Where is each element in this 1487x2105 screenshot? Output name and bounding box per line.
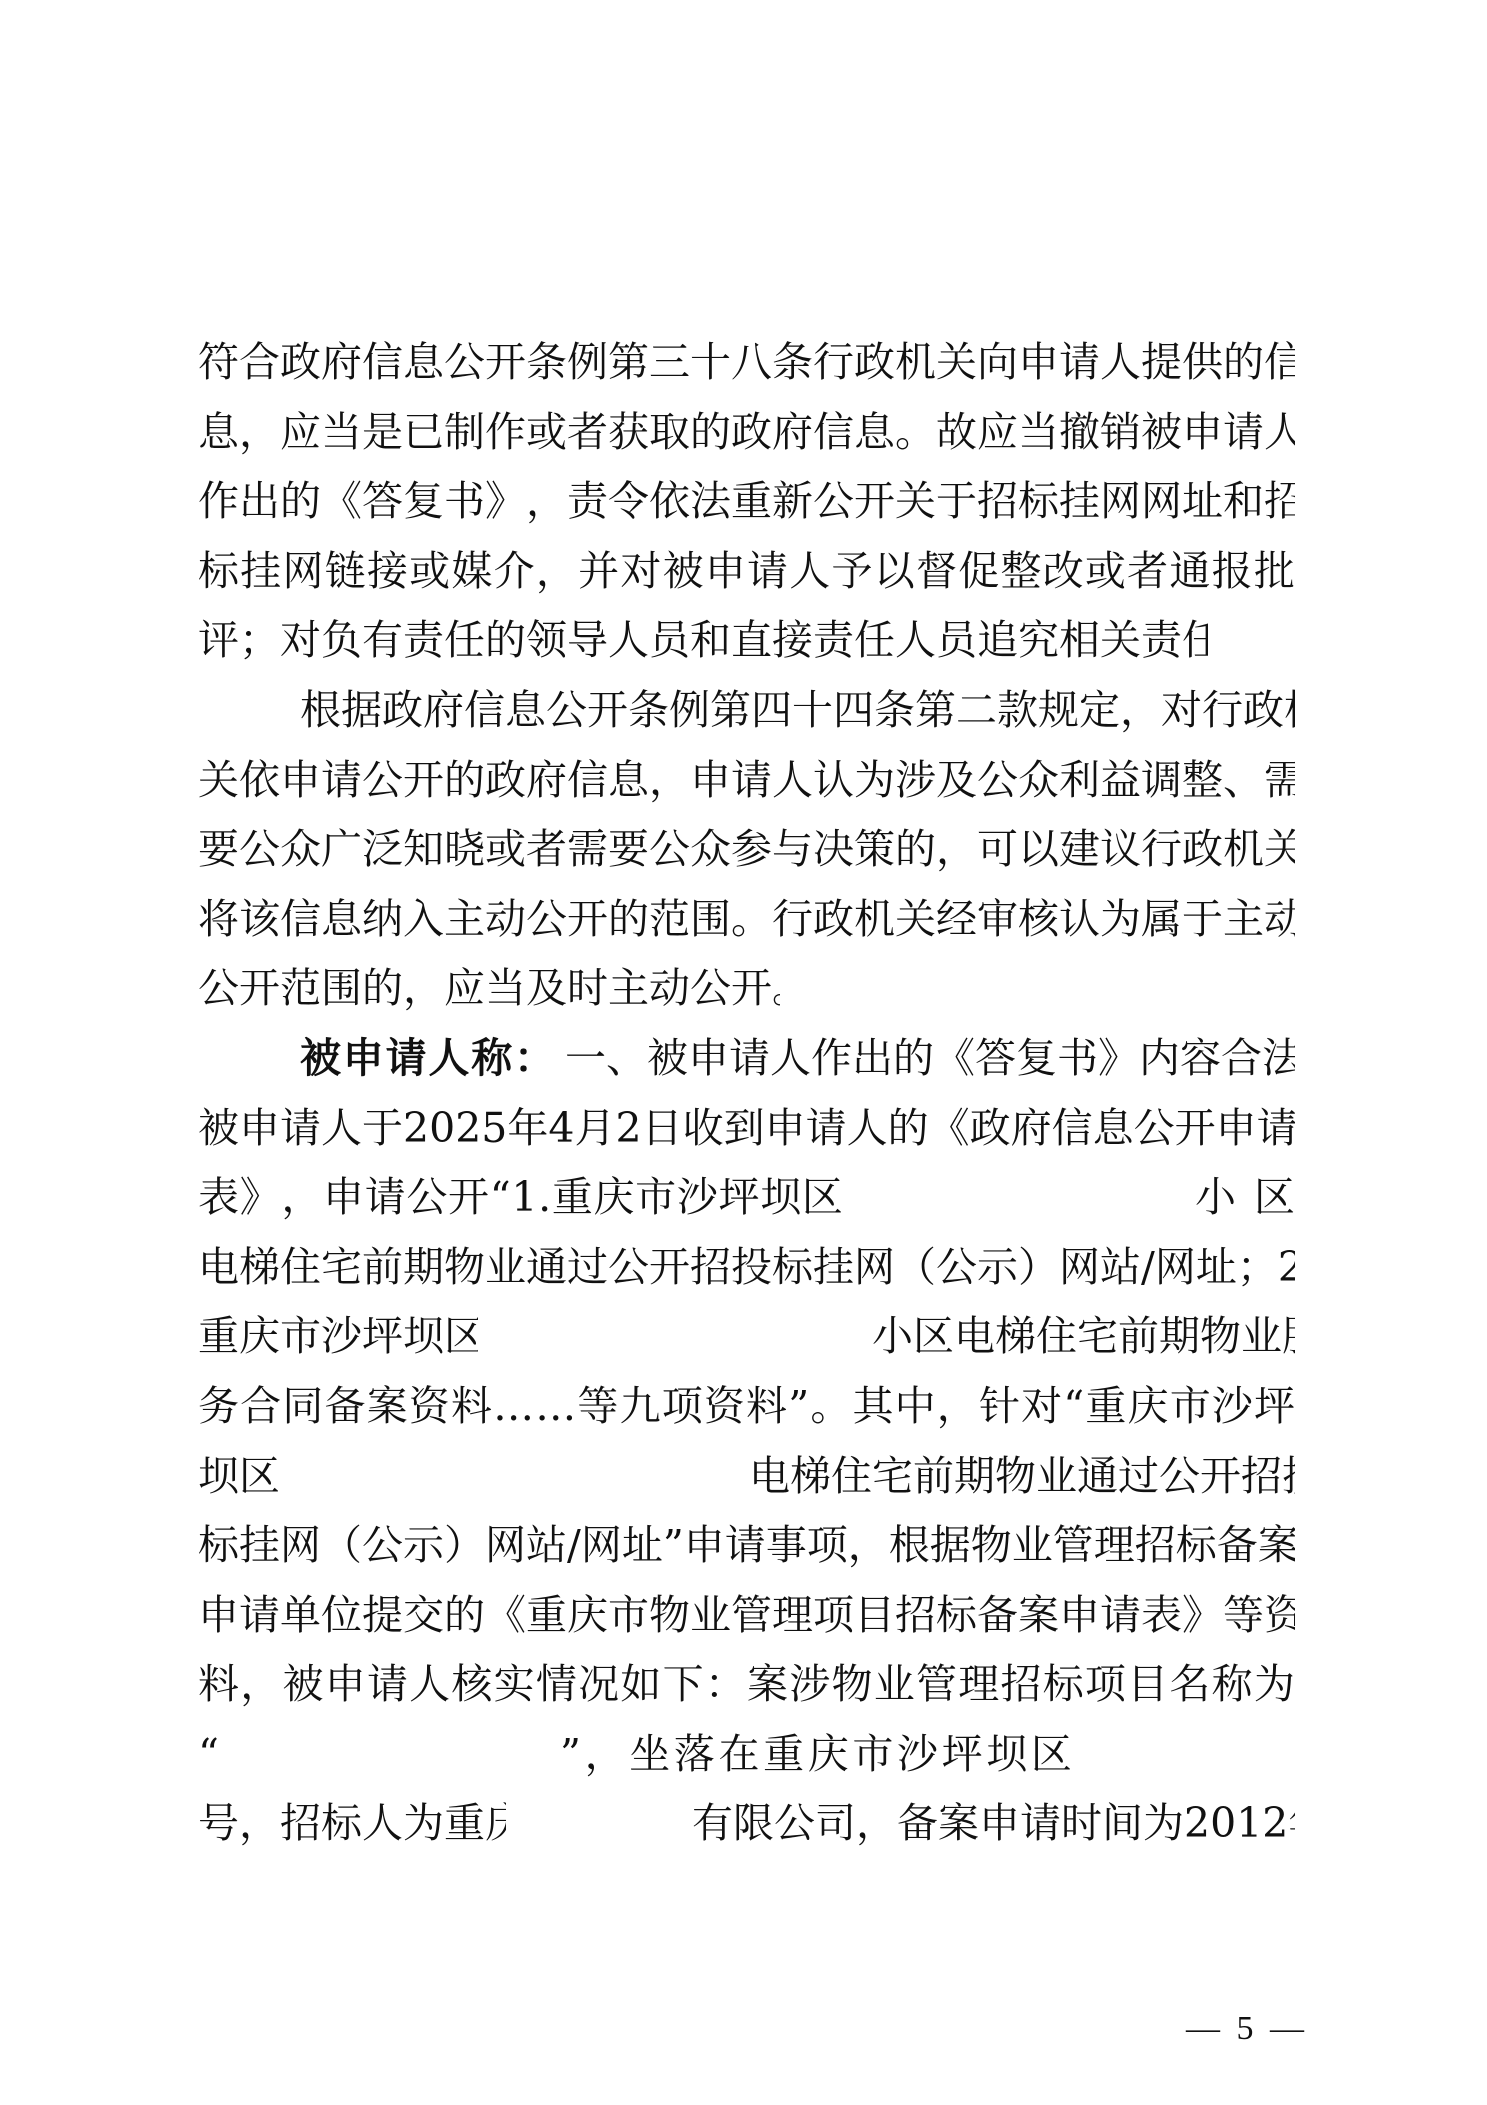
glyph: 动 [485,885,526,955]
glyph: 定 [1079,676,1120,746]
glyph: 请 [280,1094,321,1164]
glyph: 应 [444,954,485,1024]
glyph: 行 [1141,815,1182,885]
glyph: 区 [1031,1720,1072,1790]
glyph: 。 [810,1372,851,1442]
glyph: 坝 [403,1302,444,1372]
glyph: 挂 [813,1233,854,1303]
glyph: 沙 [1212,1372,1253,1442]
glyph: 众 [1018,746,1059,816]
glyph: 人 [772,746,813,816]
glyph: 网 [581,1511,622,1581]
glyph: 人 [362,1789,403,1859]
glyph: 责 [1141,606,1182,676]
glyph: ， [1120,676,1161,746]
glyph: 需 [1264,746,1295,816]
glyph: 与 [772,815,813,885]
glyph: 开 [587,676,628,746]
glyph: 挂 [239,1511,280,1581]
glyph: 标 [198,1511,239,1581]
glyph: / [567,1511,581,1581]
glyph: 公 [649,815,690,885]
glyph: 通 [1077,1442,1118,1512]
glyph: 公 [362,746,403,816]
glyph: 示 [403,1511,444,1581]
text-segment: 符合政府信息公开条例第三十八条行政机关向申请人提供的信 [198,328,1295,398]
glyph: 条 [526,328,567,398]
glyph: 于 [362,1094,403,1164]
glyph: 重 [763,1720,804,1790]
glyph: 整 [1182,746,1223,816]
glyph: 信 [813,398,854,468]
text-segment: 务合同备案资料……等九项资料”。其中，针对“重庆市沙坪 [198,1372,1295,1442]
glyph: 申 [688,1024,729,1094]
glyph: 被 [282,1650,323,1720]
glyph: 单 [280,1581,321,1651]
glyph: 府 [772,398,813,468]
glyph: 介 [494,537,535,607]
glyph: 人 [428,1024,469,1094]
glyph: … [493,1372,534,1442]
glyph: 公 [774,1789,815,1859]
glyph: 实 [494,1650,535,1720]
glyph: 开 [1200,1442,1241,1512]
glyph: 表 [198,1163,239,1233]
glyph: 标 [1018,467,1059,537]
glyph: 物 [971,1511,1012,1581]
glyph: 被 [647,1024,688,1094]
glyph: 物 [995,1442,1036,1512]
glyph: 申 [690,746,731,816]
glyph: 案 [1258,1511,1295,1581]
glyph: 庆 [808,1720,849,1790]
glyph: “ [1063,1372,1084,1442]
document-page: 符合政府信息公开条例第三十八条行政机关向申请人提供的信 息，应当是已制作或者获取… [0,0,1487,2105]
glyph: 根 [889,1511,930,1581]
glyph: 区 [444,1302,478,1372]
glyph: 围 [690,885,731,955]
glyph: 申 [1059,1581,1100,1651]
glyph: 标 [936,1581,977,1651]
glyph: 改 [1043,537,1084,607]
glyph: 关 [895,885,936,955]
glyph: 过 [567,1233,608,1303]
glyph: 员 [936,606,977,676]
text-segment: 小区电梯住宅前期物业服 [872,1302,1295,1372]
glyph: 坪 [942,1720,983,1790]
text-segment: 号，招标人为重庆 [198,1789,506,1859]
glyph: ” [560,1720,581,1790]
glyph: 务 [198,1372,239,1442]
glyph: 开 [567,885,608,955]
glyph: （ [321,1511,362,1581]
glyph: 策 [854,815,895,885]
glyph: 开 [649,1233,690,1303]
glyph: 和 [1223,467,1264,537]
glyph: 人 [1264,398,1295,468]
glyph: ” [788,1372,809,1442]
glyph: 十 [690,328,731,398]
glyph: 机 [895,328,936,398]
glyph: ） [444,1511,485,1581]
glyph: 提 [362,1581,403,1651]
glyph: 物 [1200,1302,1241,1372]
glyph: 重 [1085,1372,1126,1442]
glyph: 晓 [444,815,485,885]
glyph: 庆 [239,1302,280,1372]
glyph: 位 [321,1581,362,1651]
glyph: 第 [710,676,751,746]
glyph: 符 [198,328,239,398]
glyph: 政 [382,676,423,746]
text-segment: 坝区 [198,1442,278,1512]
text-segment: 作出的《答复书》，责令依法重新公开关于招标挂网网址和招 [198,467,1295,537]
glyph: 管 [916,1650,957,1720]
glyph: 电 [198,1233,239,1303]
glyph: 对 [1161,676,1202,746]
glyph: ， [536,537,577,607]
glyph: 资 [1264,1581,1295,1651]
glyph: 书 [444,467,485,537]
glyph: 者 [526,815,567,885]
glyph: 合 [240,1372,281,1442]
glyph: 人 [770,1024,811,1094]
glyph: 例 [669,676,710,746]
glyph: 法 [690,467,731,537]
glyph: 资 [704,1372,745,1442]
glyph: 公 [526,885,567,955]
glyph: 公 [444,328,485,398]
text-line: 标挂网链接或媒介，并对被申请人予以督促整改或者通报批 [198,537,1295,607]
glyph: 业 [1012,1511,1053,1581]
glyph: 息 [198,398,239,468]
glyph: 备 [1217,1511,1258,1581]
glyph: 或 [485,815,526,885]
glyph: 负 [321,606,362,676]
glyph: 称 [1212,1650,1253,1720]
glyph: ” [663,1511,684,1581]
glyph: 标 [1176,1511,1217,1581]
glyph: 通 [526,1233,567,1303]
glyph: 示 [977,1233,1018,1303]
glyph: 4 [548,1094,574,1164]
glyph: 信 [280,885,321,955]
glyph: 例 [567,328,608,398]
glyph: 接 [772,606,813,676]
glyph: . [538,1163,551,1233]
glyph: ， [403,954,444,1024]
glyph: 撤 [1059,398,1100,468]
glyph: ， [848,1511,889,1581]
glyph: 的 [888,1094,929,1164]
glyph: 的 [444,1581,485,1651]
glyph: 开 [239,954,280,1024]
glyph: 督 [916,537,957,607]
text-segment: 一、被申请人作出的《答复书》内容合法。 [565,1024,1295,1094]
text-segment: 有限公司，备案申请时间为2012年 [692,1789,1295,1859]
body-text: 符合政府信息公开条例第三十八条行政机关向申请人提供的信 息，应当是已制作或者获取… [198,328,1295,1859]
glyph: 新 [772,467,813,537]
glyph: 区 [802,1163,843,1233]
glyph: 区 [913,1302,954,1372]
glyph: 和 [690,606,731,676]
glyph: 网 [1059,1233,1100,1303]
glyph: 落 [674,1720,715,1790]
glyph: 限 [733,1789,774,1859]
glyph: 获 [608,398,649,468]
glyph: 针 [979,1372,1020,1442]
glyph: 范 [649,885,690,955]
glyph: 作 [198,467,239,537]
glyph: 如 [620,1650,661,1720]
glyph: （ [895,1233,936,1303]
text-line: 将该信息纳入主动公开的范围。行政机关经审核认为属于主动 [198,885,1295,955]
glyph: 依 [239,746,280,816]
glyph: 市 [852,1720,893,1790]
glyph: 需 [567,815,608,885]
glyph: “ [490,1163,511,1233]
glyph: 重 [552,1163,593,1233]
glyph: 涉 [895,746,936,816]
glyph: 向 [977,328,1018,398]
glyph: 条 [874,676,915,746]
glyph: ， [240,1650,281,1720]
text-segment: 小区 [1195,1163,1295,1233]
glyph: 《 [934,1024,975,1094]
glyph: 应 [977,398,1018,468]
glyph: 政 [970,1094,1011,1164]
glyph: 合 [1221,1024,1262,1094]
glyph: 项 [662,1372,703,1442]
glyph: 息 [1093,1094,1134,1164]
glyph: 目 [1127,1650,1168,1720]
glyph: 依 [649,467,690,537]
glyph: 为 [1143,1789,1184,1859]
glyph: 管 [1053,1511,1094,1581]
page-number: — 5 — [1186,2010,1308,2048]
glyph: 行 [813,328,854,398]
glyph: 等 [1223,1581,1264,1651]
glyph: 三 [649,328,690,398]
glyph: 请 [747,537,788,607]
glyph: 条 [772,328,813,398]
glyph: 主 [444,885,485,955]
glyph: 市 [635,1163,676,1233]
glyph: 将 [198,885,239,955]
glyph: 庆 [567,1581,608,1651]
glyph: 称 [471,1024,512,1094]
glyph: 取 [649,398,690,468]
glyph: 案 [938,1789,979,1859]
glyph: 申 [1216,1094,1257,1164]
glyph: 《 [485,1581,526,1651]
glyph: 四 [751,676,792,746]
glyph: 人 [608,606,649,676]
glyph: 当 [321,398,362,468]
glyph: 标 [772,1233,813,1303]
glyph: 开 [485,328,526,398]
glyph: 时 [1061,1789,1102,1859]
glyph: 请 [806,1094,847,1164]
glyph: 《 [929,1094,970,1164]
glyph: 要 [198,815,239,885]
glyph: 址 [1182,467,1223,537]
glyph: 招 [1000,1650,1041,1720]
glyph: 府 [526,746,567,816]
glyph: 任 [1182,606,1208,676]
glyph: 人 [847,1094,888,1164]
glyph: 益 [1100,746,1141,816]
glyph: 公 [239,815,280,885]
glyph: 议 [1100,815,1141,885]
glyph: 决 [813,815,854,885]
glyph: 年 [1288,1789,1295,1859]
glyph: 料 [746,1372,787,1442]
glyph: 坐 [629,1720,670,1790]
text-segment: 息，应当是已制作或者获取的政府信息。故应当撤销被申请人 [198,398,1295,468]
glyph: 涉 [789,1650,830,1720]
glyph: 请 [1223,398,1264,468]
glyph: 利 [1059,746,1100,816]
glyph: 据 [930,1511,971,1581]
glyph: 重 [526,1581,567,1651]
glyph: 公 [690,954,731,1024]
glyph: 宅 [1077,1302,1118,1372]
glyph: 范 [280,954,321,1024]
glyph: 据 [341,676,382,746]
glyph: 请 [386,1024,427,1094]
glyph: 申 [280,746,321,816]
glyph: 员 [649,606,690,676]
glyph: 的 [608,885,649,955]
glyph: 网 [282,537,323,607]
glyph: 号 [198,1789,239,1859]
glyph: 政 [280,328,321,398]
glyph: 信 [464,676,505,746]
glyph: 收 [683,1094,724,1164]
glyph: 报 [1212,537,1253,607]
glyph: 究 [1018,606,1059,676]
glyph: 重 [444,1789,485,1859]
glyph: 网 [1141,467,1182,537]
text-segment: 表》，申请公开“1.重庆市沙坪坝区 [198,1163,843,1233]
lead-line: 被申请人称： 一、被申请人作出的《答复书》内容合法。 [300,1024,1295,1094]
glyph: … [535,1372,576,1442]
glyph: 出 [239,467,280,537]
glyph: 住 [280,1233,321,1303]
glyph: 标 [198,537,239,607]
text-line: 电梯住宅前期物业通过公开招投标挂网（公示）网站/网址；2. [198,1233,1295,1303]
glyph: 间 [1102,1789,1143,1859]
glyph: 区 [1254,1163,1295,1233]
glyph: 招 [690,1233,731,1303]
glyph: 有 [362,606,403,676]
glyph: 请 [239,1581,280,1651]
glyph: 公 [813,467,854,537]
glyph: 作 [485,398,526,468]
text-line: 息，应当是已制作或者获取的政府信息。故应当撤销被申请人 [198,398,1295,468]
glyph: 请 [367,1650,408,1720]
glyph: 年 [507,1094,548,1164]
glyph: 到 [724,1094,765,1164]
glyph: 政 [813,885,854,955]
glyph: 一 [565,1024,606,1094]
glyph: 直 [731,606,772,676]
glyph: 招 [1135,1511,1176,1581]
glyph: 主 [608,954,649,1024]
glyph: ： [705,1650,746,1720]
glyph: 销 [1100,398,1141,468]
glyph: 申 [325,1650,366,1720]
glyph: 坪 [719,1163,760,1233]
glyph: 》 [240,1163,281,1233]
glyph: 政 [731,398,772,468]
text-segment: 根据政府信息公开条例第四十四条第二款规定，对行政机 [300,676,1295,746]
glyph: 2 [1184,1789,1210,1859]
glyph: 以 [874,537,915,607]
glyph: 沙 [897,1720,938,1790]
glyph: 建 [1059,815,1100,885]
text-line: 要公众广泛知晓或者需要公众参与决策的，可以建议行政机关 [198,815,1295,885]
glyph: 款 [997,676,1038,746]
glyph: 庆 [1128,1372,1169,1442]
glyph: ） [1018,1233,1059,1303]
glyph: 府 [1011,1094,1052,1164]
glyph: 料 [451,1372,492,1442]
glyph: 请 [1257,1094,1295,1164]
glyph: 物 [444,1233,485,1303]
glyph: 为 [403,1789,444,1859]
glyph: 政 [854,328,895,398]
glyph: 被 [198,1094,239,1164]
glyph: 对 [620,537,661,607]
glyph: 人 [1100,328,1141,398]
glyph: 其 [852,1372,893,1442]
glyph: 书 [1057,1024,1098,1094]
glyph: 庆 [594,1163,635,1233]
glyph: 当 [485,954,526,1024]
glyph: 批 [1254,537,1295,607]
glyph: 动 [1264,885,1295,955]
glyph: 者 [567,398,608,468]
glyph: 2 [1278,1233,1295,1303]
glyph: 期 [1159,1302,1200,1372]
glyph: 招 [895,1581,936,1651]
glyph: 信 [362,328,403,398]
glyph: 于 [936,467,977,537]
text-line: 作出的《答复书》，责令依法重新公开关于招标挂网网址和招 [198,467,1295,537]
text-segment: 被申请人于2025年4月2日收到申请人的《政府信息公开申请 [198,1094,1295,1164]
glyph: 出 [852,1024,893,1094]
glyph: 坪 [1254,1372,1295,1442]
glyph: 备 [897,1789,938,1859]
glyph: 招 [1241,1442,1282,1512]
glyph: 理 [1094,1511,1135,1581]
glyph: 案 [747,1650,788,1720]
glyph: 。 [772,954,780,1024]
glyph: 同 [282,1372,323,1442]
glyph: 相 [1059,606,1100,676]
glyph: 作 [811,1024,852,1094]
glyph: 司 [815,1789,856,1859]
glyph: 机 [1284,676,1295,746]
glyph: 是 [362,398,403,468]
glyph: 物 [649,1581,690,1651]
glyph: 申 [323,1163,364,1233]
glyph: ， [937,1372,978,1442]
glyph: 广 [321,815,362,885]
glyph: 中 [895,1372,936,1442]
